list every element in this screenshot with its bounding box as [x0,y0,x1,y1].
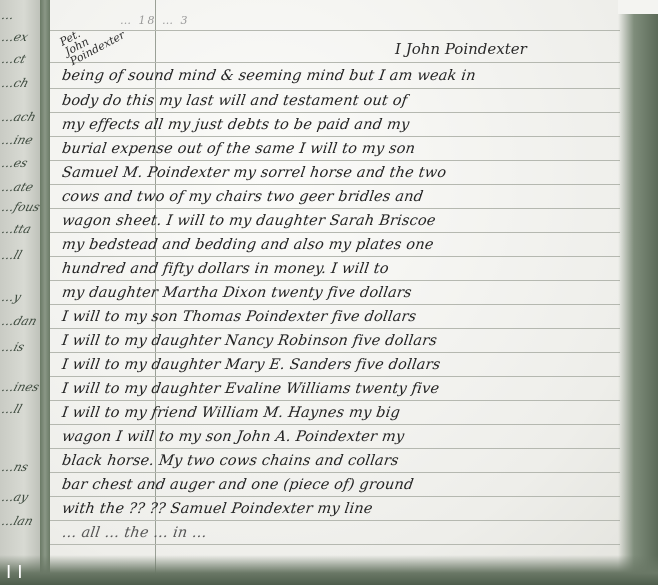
will-line: I will to my daughter Mary E. Sanders fi… [61,357,623,373]
will-line: hundred and fifty dollars in money. I wi… [61,261,623,277]
facing-page-fragment: …fous [0,200,44,214]
facing-page-fragment: …ll [0,402,44,416]
will-line: black horse. My two cows chains and coll… [61,453,623,469]
facing-page-fragment: …ate [0,180,44,194]
facing-page-fragment: …tta [0,222,44,236]
facing-page-fragment: …es [0,156,44,170]
ruled-line [50,62,620,63]
ruled-line [50,88,620,89]
ruled-line [50,112,620,113]
facing-page-fragment: …ns [0,460,44,474]
will-line: my bedstead and bedding and also my plat… [61,237,623,253]
ruled-line [50,30,620,31]
ruled-line [50,472,620,473]
ruled-line [50,256,620,257]
ruled-line [50,496,620,497]
ruled-line [50,424,620,425]
will-line: my daughter Martha Dixon twenty five dol… [61,285,623,301]
will-line: I will to my son Thomas Poindexter five … [61,309,623,325]
facing-page-fragment: …ines [0,380,44,394]
scanned-document-page: … …ex …ct …ch …ach …ine …es …ate …fous …… [0,0,658,585]
facing-page-fragment: …lan [0,514,44,528]
will-line: burial expense out of the same I will to… [61,141,623,157]
ruled-line [50,544,620,545]
will-line: body do this my last will and testament … [61,93,623,109]
ruled-line [50,232,620,233]
ruled-line [50,208,620,209]
will-line: with the ?? ?? Samuel Poindexter my line [61,501,623,517]
facing-page-fragment: …y [0,290,44,304]
will-line: cows and two of my chairs two geer bridl… [61,189,623,205]
ruled-line [50,328,620,329]
will-line: I will to my daughter Nancy Robinson fiv… [61,333,623,349]
binding-gutter [40,0,50,585]
facing-page-fragment: …ct [0,52,44,66]
will-line: … all … the … in … [61,525,623,541]
facing-page-fragment: …ll [0,248,44,262]
facing-page-fragment: …ine [0,133,44,147]
will-heading: I John Poindexter [395,40,527,58]
will-line: wagon I will to my son John A. Poindexte… [61,429,623,445]
corner-mark: II [6,562,29,583]
facing-page-fragment: … [0,8,44,22]
ruled-line [50,280,620,281]
date-line: … 18 … 3 [120,14,190,27]
ruled-line [50,352,620,353]
will-line: my effects all my just debts to be paid … [61,117,623,133]
ruled-line [50,376,620,377]
facing-page-fragment: …ay [0,490,44,504]
ruled-line [50,520,620,521]
facing-page-fragment: …ach [0,110,44,124]
will-line: Samuel M. Poindexter my sorrel horse and… [61,165,623,181]
will-line: I will to my friend William M. Haynes my… [61,405,623,421]
ruled-line [50,160,620,161]
ruled-line [50,448,620,449]
ruled-line [50,400,620,401]
ruled-line [50,304,620,305]
page-top-edge [618,0,658,14]
facing-page-fragment: …ch [0,76,44,90]
scan-bottom-shadow [0,555,658,585]
facing-page-strip: … …ex …ct …ch …ach …ine …es …ate …fous …… [0,0,40,585]
margin-annotation: Pet. John Poindexter [58,10,127,67]
will-line: wagon sheet. I will to my daughter Sarah… [61,213,623,229]
will-line: bar chest and auger and one (piece of) g… [61,477,623,493]
ruled-line [50,136,620,137]
will-line: being of sound mind & seeming mind but I… [61,68,623,84]
will-line: I will to my daughter Evaline Williams t… [61,381,623,397]
facing-page-fragment: …dan [0,314,44,328]
ruled-line [50,184,620,185]
binding-shadow-right [618,0,658,585]
facing-page-fragment: …ex [0,30,44,44]
facing-page-fragment: …is [0,340,44,354]
